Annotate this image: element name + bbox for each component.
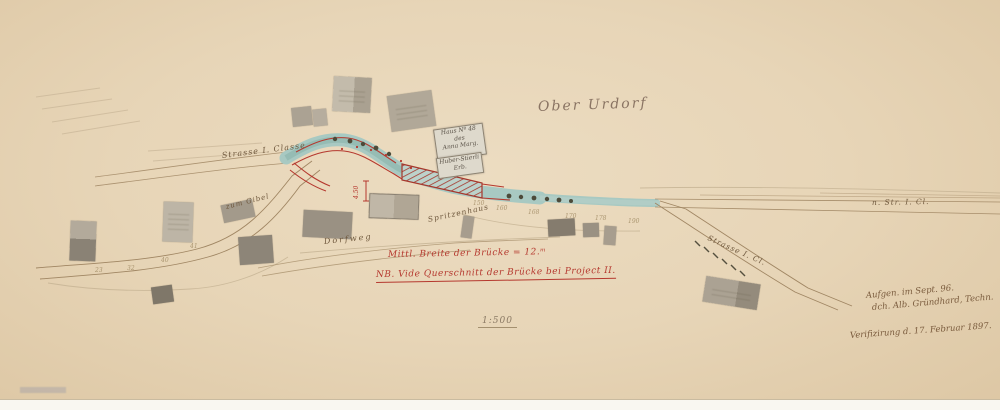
archive-stamp-smudge [20, 387, 66, 393]
building [162, 201, 193, 242]
scan-edge-strip [0, 399, 1000, 410]
map-title: Ober Urdorf [538, 96, 648, 114]
red-dimension-line [363, 181, 369, 201]
station-number: 160 [496, 206, 507, 212]
station-number: 170 [565, 214, 576, 220]
scale-label: 1:500 [478, 317, 517, 328]
road-strasse-i-classe [95, 152, 290, 186]
road-label-strasse-i-cl-right: n. Str. I. Cl. [872, 198, 930, 207]
building [69, 221, 96, 262]
building [548, 218, 576, 236]
station-number: 23 [95, 268, 103, 274]
building [312, 108, 328, 126]
building [151, 285, 174, 305]
right-road [655, 193, 1000, 214]
building [369, 193, 420, 220]
station-number: 190 [628, 219, 639, 225]
station-number: 150 [473, 201, 484, 207]
building [603, 226, 616, 246]
building [238, 235, 274, 265]
red-dimension-value: 4.50 [354, 186, 360, 199]
station-number: 178 [595, 216, 606, 222]
station-number: 32 [127, 266, 135, 272]
station-number: 168 [528, 210, 539, 216]
plan-sheet: Haus Nº 48 des Anna Marg. Huber-Stierli … [0, 0, 1000, 410]
building [583, 223, 599, 238]
building [387, 90, 437, 132]
station-number: 40 [161, 258, 169, 264]
building [332, 76, 372, 113]
station-number: 41 [190, 244, 198, 250]
building [291, 106, 313, 127]
